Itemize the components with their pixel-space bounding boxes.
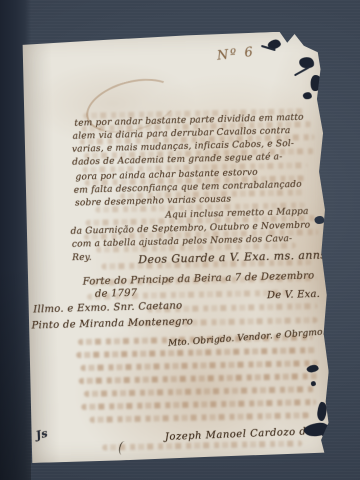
paper-tear-mark	[118, 440, 129, 455]
ink-bleedthrough	[81, 399, 316, 410]
ink-bleedthrough	[80, 360, 318, 371]
ink-blot	[317, 402, 328, 422]
addressee-line-1: Illmo. e Exmo. Snr. Caetano	[33, 300, 182, 316]
dateline-year: de 1797	[95, 288, 138, 301]
compliment-line: Mto. Obrigdo. Vendor. e Obrgmo. Cro.	[168, 326, 349, 350]
archival-mark: Js	[35, 427, 49, 442]
ink-bleedthrough	[90, 412, 310, 423]
ink-bleedthrough	[79, 373, 319, 384]
corner-inscription: Nº 6	[216, 45, 255, 65]
ink-blot	[314, 216, 324, 224]
manuscript-line: Rey.	[72, 253, 92, 264]
dateline: Forte do Principe da Beira a 7 de Dezemb…	[83, 271, 315, 289]
manuscript-page: Nº 6 tem por andar bastante parte dividi…	[22, 31, 331, 463]
addressee-line-2: Pinto de Miranda Montenegro	[31, 316, 193, 332]
ink-bleedthrough	[76, 347, 316, 358]
ink-bleedthrough	[84, 386, 314, 397]
ink-blot	[311, 381, 316, 386]
ink-blot	[306, 364, 319, 373]
scan-background: Nº 6 tem por andar bastante parte dividi…	[0, 0, 360, 480]
closing-formula: De V. Exa.	[267, 289, 320, 302]
ink-scratch	[294, 66, 310, 76]
ink-blot	[303, 92, 312, 99]
